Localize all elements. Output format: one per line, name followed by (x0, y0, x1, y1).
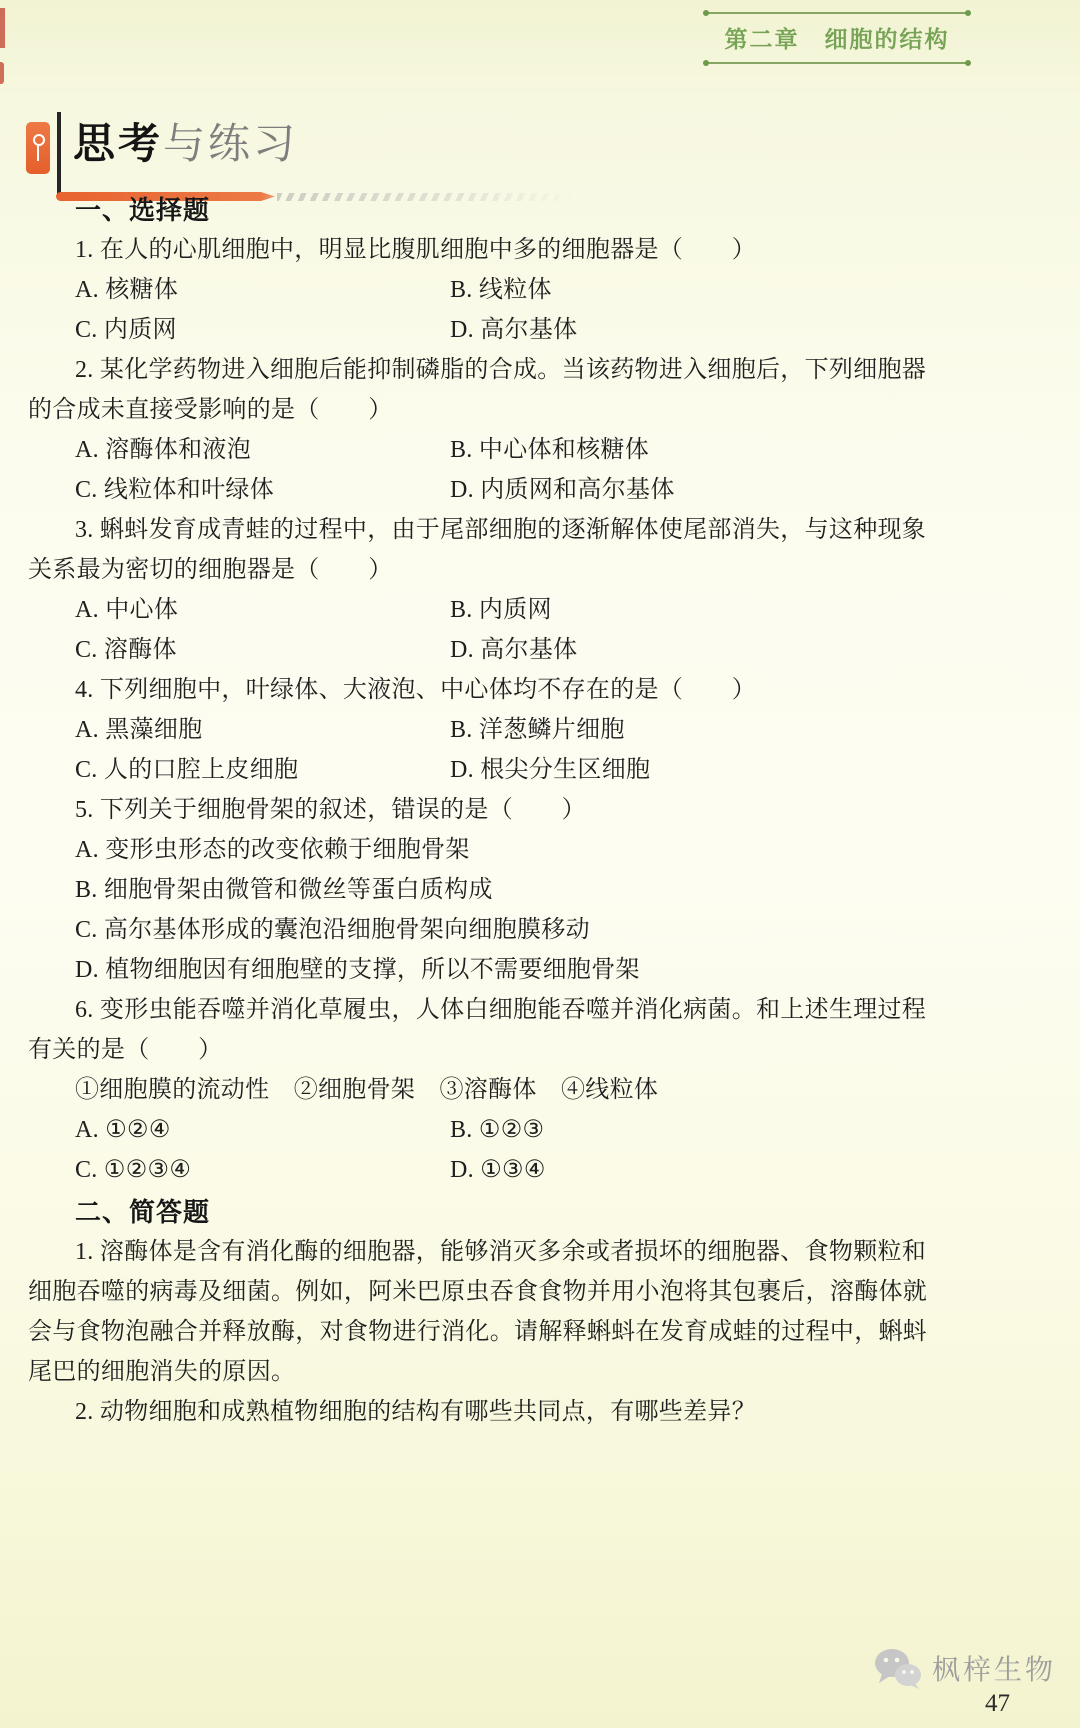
question-2-options-row-1: A. 溶酶体和液泡 B. 中心体和核糖体 (28, 430, 968, 470)
question-2-text-line-1: 2. 某化学药物进入细胞后能抑制磷脂的合成。当该药物进入细胞后，下列细胞器 (28, 350, 968, 390)
question-6-text-line-1: 6. 变形虫能吞噬并消化草履虫，人体白细胞能吞噬并消化病菌。和上述生理过程 (28, 990, 968, 1030)
question-2-text-line-2: 的合成未直接受影响的是（ ） (28, 390, 968, 430)
question-5-option-d: D. 植物细胞因有细胞壁的支撑，所以不需要细胞骨架 (28, 950, 968, 990)
question-3-text-line-2: 关系最为密切的细胞器是（ ） (28, 550, 968, 590)
question-6-option-c: C. ①②③④ (75, 1150, 450, 1190)
section-heading-multiple-choice: 一、选择题 (28, 190, 968, 230)
wechat-icon (872, 1646, 924, 1690)
question-4-options-row-2: C. 人的口腔上皮细胞 D. 根尖分生区细胞 (28, 750, 968, 790)
question-1-option-c: C. 内质网 (75, 310, 450, 350)
question-4-option-b: B. 洋葱鳞片细胞 (450, 710, 968, 750)
question-2-option-a: A. 溶酶体和液泡 (75, 430, 450, 470)
watermark-text: 枫梓生物 (932, 1648, 1056, 1688)
key-icon-badge (26, 122, 50, 174)
page-title-suffix: 与练习 (163, 120, 298, 167)
question-4-option-c: C. 人的口腔上皮细胞 (75, 750, 450, 790)
question-4-option-a: A. 黑藻细胞 (75, 710, 450, 750)
question-2-option-d: D. 内质网和高尔基体 (450, 470, 968, 510)
short-answer-1-line-1: 1. 溶酶体是含有消化酶的细胞器，能够消灭多余或者损坏的细胞器、食物颗粒和 (28, 1232, 968, 1272)
question-1-options-row-2: C. 内质网 D. 高尔基体 (28, 310, 968, 350)
question-3-option-c: C. 溶酶体 (75, 630, 450, 670)
short-answer-1-line-3: 会与食物泡融合并释放酶，对食物进行消化。请解释蝌蚪在发育成蛙的过程中，蝌蚪 (28, 1312, 968, 1352)
question-1-option-d: D. 高尔基体 (450, 310, 968, 350)
key-icon (32, 133, 44, 163)
question-1-option-b: B. 线粒体 (450, 270, 968, 310)
question-3-options-row-1: A. 中心体 B. 内质网 (28, 590, 968, 630)
question-5-option-c: C. 高尔基体形成的囊泡沿细胞骨架向细胞膜移动 (28, 910, 968, 950)
watermark: 枫梓生物 (872, 1646, 1056, 1690)
question-5-option-b: B. 细胞骨架由微管和微丝等蛋白质构成 (28, 870, 968, 910)
question-1-options-row-1: A. 核糖体 B. 线粒体 (28, 270, 968, 310)
question-4-text: 4. 下列细胞中，叶绿体、大液泡、中心体均不存在的是（ ） (28, 670, 968, 710)
question-6-option-d: D. ①③④ (450, 1150, 968, 1190)
short-answer-1-line-2: 细胞吞噬的病毒及细菌。例如，阿米巴原虫吞食食物并用小泡将其包裹后，溶酶体就 (28, 1272, 968, 1312)
page-number: 47 (985, 1690, 1010, 1718)
question-1-option-a: A. 核糖体 (75, 270, 450, 310)
page-footer: 枫梓生物 47 (872, 1646, 1056, 1720)
question-3-option-b: B. 内质网 (450, 590, 968, 630)
section-heading-short-answer: 二、简答题 (28, 1192, 968, 1232)
question-6-text-line-2: 有关的是（ ） (28, 1030, 968, 1070)
question-2-option-b: B. 中心体和核糖体 (450, 430, 968, 470)
page-title: 思考与练习 (73, 118, 298, 170)
question-6-option-a: A. ①②④ (75, 1110, 450, 1150)
question-3-options-row-2: C. 溶酶体 D. 高尔基体 (28, 630, 968, 670)
question-2-options-row-2: C. 线粒体和叶绿体 D. 内质网和高尔基体 (28, 470, 968, 510)
question-4-options-row-1: A. 黑藻细胞 B. 洋葱鳞片细胞 (28, 710, 968, 750)
header-rule-top (706, 12, 968, 14)
question-2-option-c: C. 线粒体和叶绿体 (75, 470, 450, 510)
question-6-options-row-2: C. ①②③④ D. ①③④ (28, 1150, 968, 1190)
section-title-block: 思考与练习 (26, 112, 298, 198)
scan-edge-artifact (0, 8, 5, 48)
chapter-title: 第二章 细胞的结构 (706, 14, 968, 62)
question-3-option-a: A. 中心体 (75, 590, 450, 630)
short-answer-2-text: 2. 动物细胞和成熟植物细胞的结构有哪些共同点，有哪些差异？ (28, 1392, 968, 1432)
short-answer-1-line-4: 尾巴的细胞消失的原因。 (28, 1352, 968, 1392)
header-rule-bottom (706, 62, 968, 64)
title-divider (57, 112, 61, 198)
question-6-option-b: B. ①②③ (450, 1110, 968, 1150)
title-row: 思考与练习 (26, 112, 298, 198)
exercise-content: 一、选择题 1. 在人的心肌细胞中，明显比腹肌细胞中多的细胞器是（ ） A. 核… (28, 190, 968, 1432)
question-5-option-a: A. 变形虫形态的改变依赖于细胞骨架 (28, 830, 968, 870)
chapter-header: 第二章 细胞的结构 (706, 12, 968, 64)
question-3-text-line-1: 3. 蝌蚪发育成青蛙的过程中，由于尾部细胞的逐渐解体使尾部消失，与这种现象 (28, 510, 968, 550)
question-4-option-d: D. 根尖分生区细胞 (450, 750, 968, 790)
question-6-numbered-items: ①细胞膜的流动性 ②细胞骨架 ③溶酶体 ④线粒体 (28, 1070, 968, 1110)
page-title-main: 思考 (73, 120, 163, 167)
question-3-option-d: D. 高尔基体 (450, 630, 968, 670)
question-6-options-row-1: A. ①②④ B. ①②③ (28, 1110, 968, 1150)
question-1-text: 1. 在人的心肌细胞中，明显比腹肌细胞中多的细胞器是（ ） (28, 230, 968, 270)
scan-edge-artifact (0, 62, 4, 84)
question-5-text: 5. 下列关于细胞骨架的叙述，错误的是（ ） (28, 790, 968, 830)
